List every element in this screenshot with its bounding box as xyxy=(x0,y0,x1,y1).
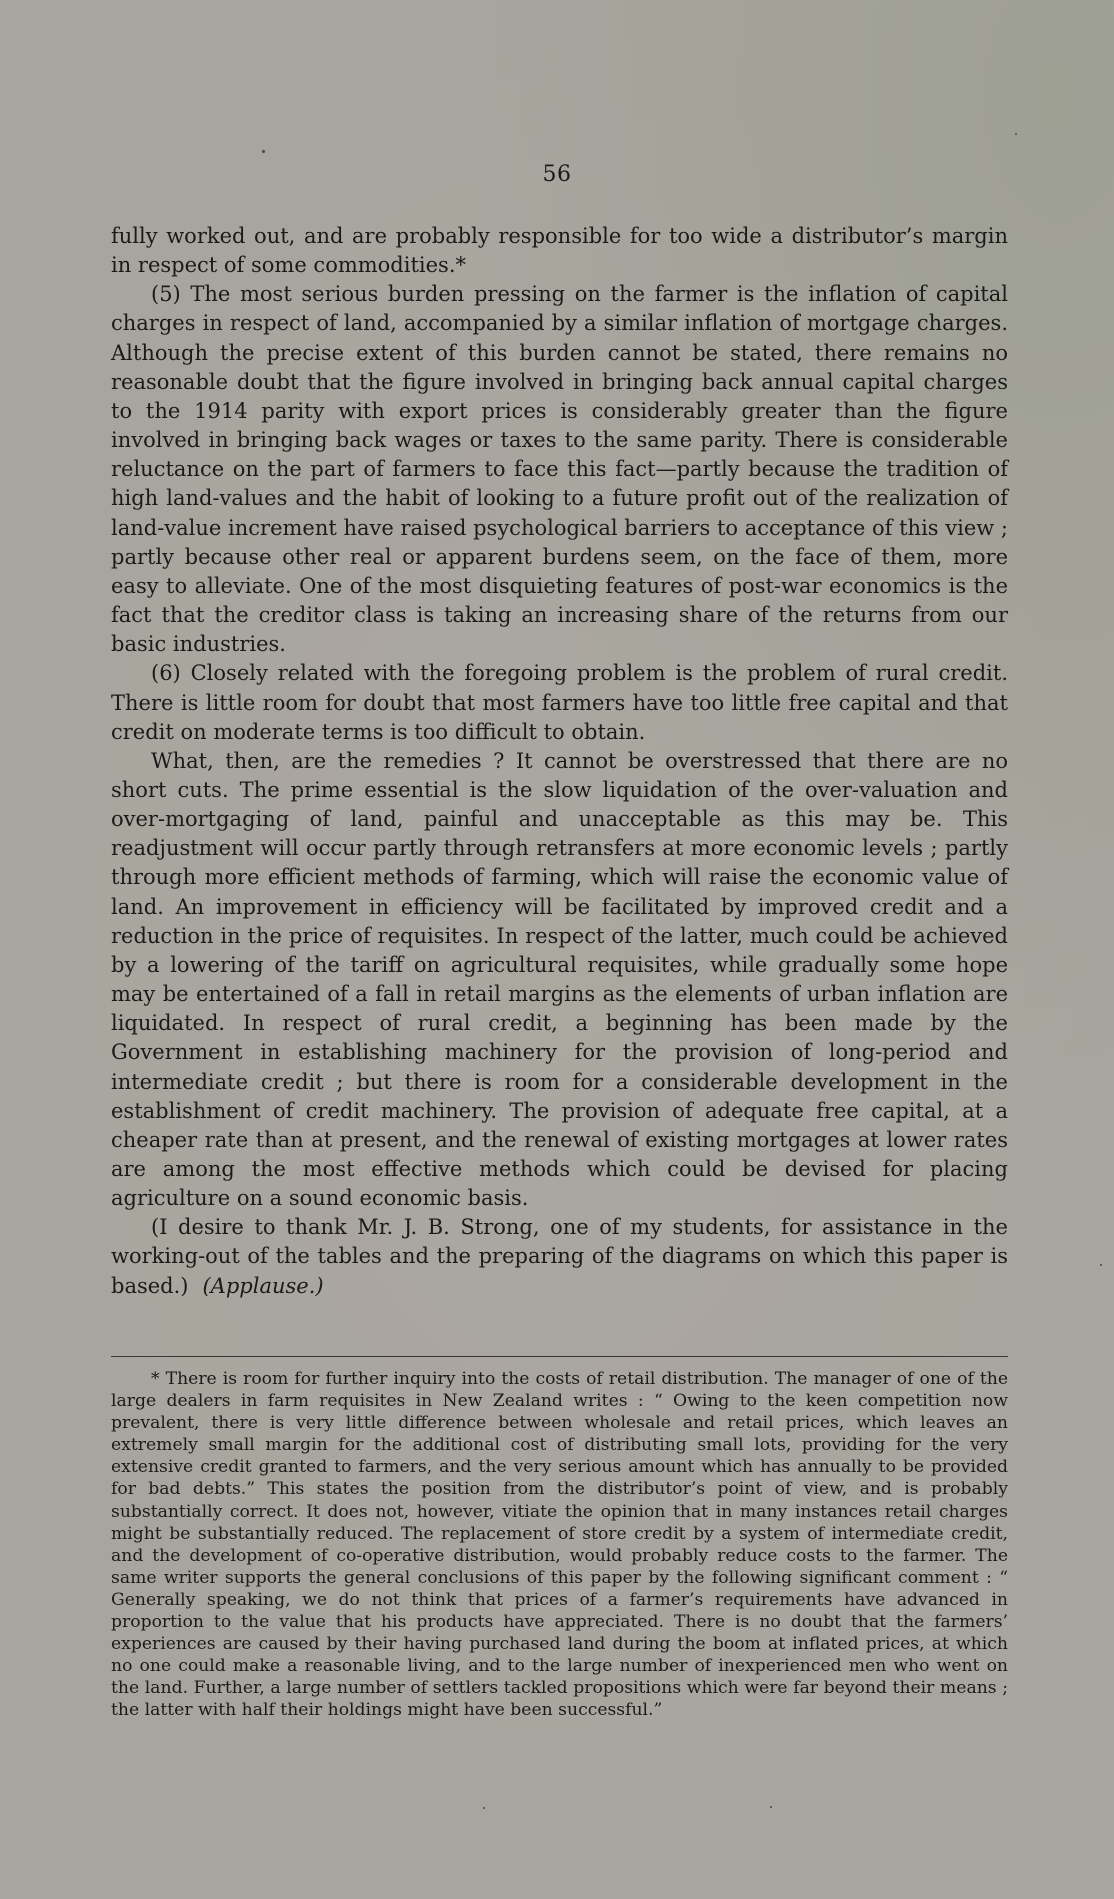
paper-speck xyxy=(262,150,265,153)
paper-speck xyxy=(1100,1264,1102,1266)
footnote-divider xyxy=(111,1356,1008,1357)
applause-note: (Applause.) xyxy=(202,1274,323,1298)
body-text: fully worked out, and are probably respo… xyxy=(111,222,1008,1301)
paper-speck xyxy=(483,1807,485,1809)
paragraph-point-5: (5) The most serious burden pressing on … xyxy=(111,280,1008,659)
paper-speck xyxy=(770,1806,772,1808)
footnote: * There is room for further inquiry into… xyxy=(111,1368,1008,1722)
paper-speck xyxy=(1015,133,1017,135)
footnote-text: There is room for further inquiry into t… xyxy=(111,1369,1008,1720)
page-number: 56 xyxy=(0,162,1114,187)
paragraph-acknowledgement: (I desire to thank Mr. J. B. Strong, one… xyxy=(111,1213,1008,1300)
footnote-marker: * xyxy=(151,1369,160,1389)
paragraph-continuation: fully worked out, and are probably respo… xyxy=(111,222,1008,280)
paragraph-point-6: (6) Closely related with the foregoing p… xyxy=(111,659,1008,746)
paragraph-remedies: What, then, are the remedies ? It cannot… xyxy=(111,747,1008,1214)
